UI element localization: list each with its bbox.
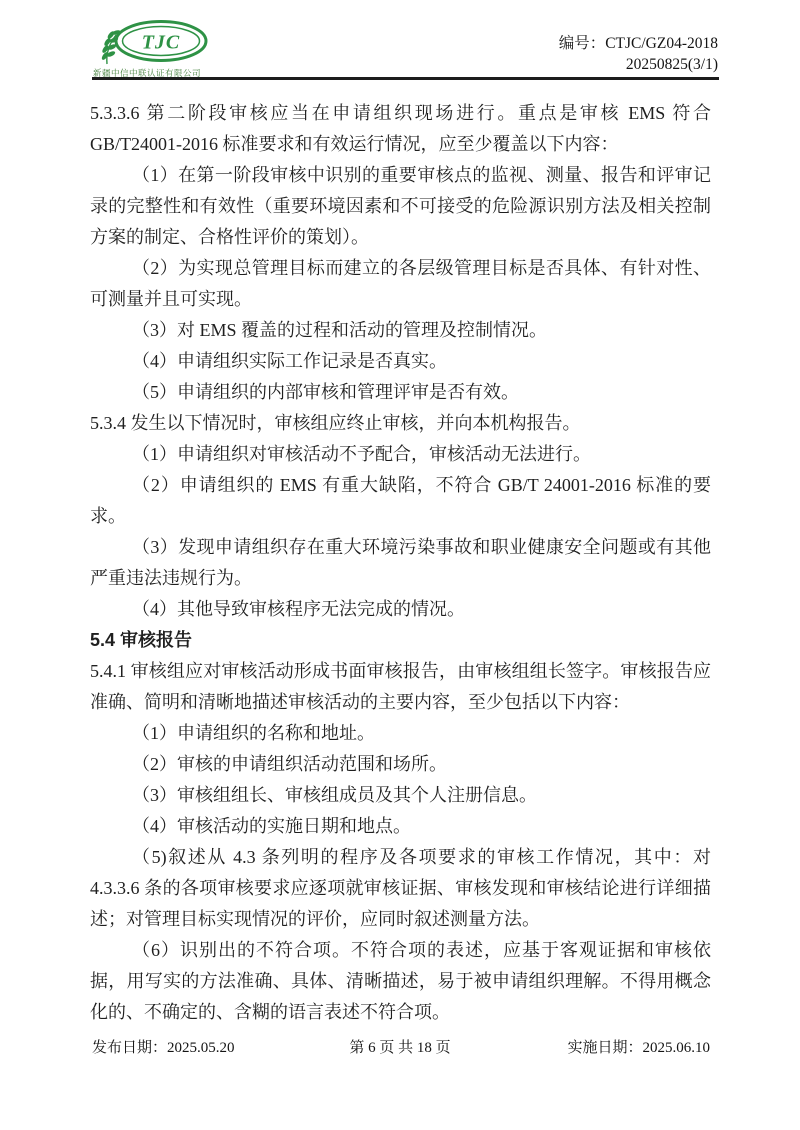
paragraph-541-2: （2）审核的申请组织活动范围和场所。 (90, 749, 711, 780)
logo-letters: TJC (142, 32, 181, 54)
paragraph-534: 5.3.4 发生以下情况时，审核组应终止审核，并向本机构报告。 (90, 408, 711, 439)
document-number: 编号：CTJC/GZ04-2018 (559, 33, 718, 54)
paragraph-534-4: （4）其他导致审核程序无法完成的情况。 (90, 594, 711, 625)
paragraph-541: 5.4.1 审核组应对审核活动形成书面审核报告，由审核组组长签字。审核报告应准确… (90, 656, 711, 718)
heading-54: 5.4 审核报告 (90, 625, 711, 656)
paragraph-5336-1: （1）在第一阶段审核中识别的重要审核点的监视、测量、报告和评审记录的完整性和有效… (90, 160, 711, 253)
document-revision: 20250825(3/1) (559, 54, 718, 75)
paragraph-541-5: （5)叙述从 4.3 条列明的程序及各项要求的审核工作情况，其中：对 4.3.3… (90, 842, 711, 935)
document-page: TJC 新疆中信中联认证有限公司 编号：CTJC/GZ04-2018 20250… (0, 0, 800, 1130)
paragraph-541-6: （6）识别出的不符合项。不符合项的表述，应基于客观证据和审核依据，用写实的方法准… (90, 935, 711, 1028)
company-logo: TJC 新疆中信中联认证有限公司 (93, 20, 223, 79)
header-divider (92, 77, 719, 80)
release-date: 发布日期：2025.05.20 (92, 1036, 235, 1057)
paragraph-5336: 5.3.3.6 第二阶段审核应当在申请组织现场进行。重点是审核 EMS 符合GB… (90, 98, 711, 160)
ctjc-logo-icon: TJC (93, 20, 211, 66)
document-body: 5.3.3.6 第二阶段审核应当在申请组织现场进行。重点是审核 EMS 符合GB… (90, 98, 711, 1028)
paragraph-534-1: （1）申请组织对审核活动不予配合，审核活动无法进行。 (90, 439, 711, 470)
paragraph-534-3: （3）发现申请组织存在重大环境污染事故和职业健康安全问题或有其他严重违法违规行为… (90, 532, 711, 594)
paragraph-541-1: （1）申请组织的名称和地址。 (90, 718, 711, 749)
paragraph-541-3: （3）审核组组长、审核组成员及其个人注册信息。 (90, 780, 711, 811)
paragraph-5336-5: （5）申请组织的内部审核和管理评审是否有效。 (90, 377, 711, 408)
implement-date: 实施日期：2025.06.10 (567, 1036, 710, 1057)
paragraph-5336-4: （4）申请组织实际工作记录是否真实。 (90, 346, 711, 377)
paragraph-534-2: （2）申请组织的 EMS 有重大缺陷，不符合 GB/T 24001-2016 标… (90, 470, 711, 532)
paragraph-5336-3: （3）对 EMS 覆盖的过程和活动的管理及控制情况。 (90, 315, 711, 346)
paragraph-5336-2: （2）为实现总管理目标而建立的各层级管理目标是否具体、有针对性、可测量并且可实现… (90, 253, 711, 315)
page-footer: 发布日期：2025.05.20 第 6 页 共 18 页 实施日期：2025.0… (0, 1036, 800, 1057)
paragraph-541-4: （4）审核活动的实施日期和地点。 (90, 811, 711, 842)
page-indicator: 第 6 页 共 18 页 (349, 1036, 450, 1057)
document-identifiers: 编号：CTJC/GZ04-2018 20250825(3/1) (559, 33, 718, 75)
